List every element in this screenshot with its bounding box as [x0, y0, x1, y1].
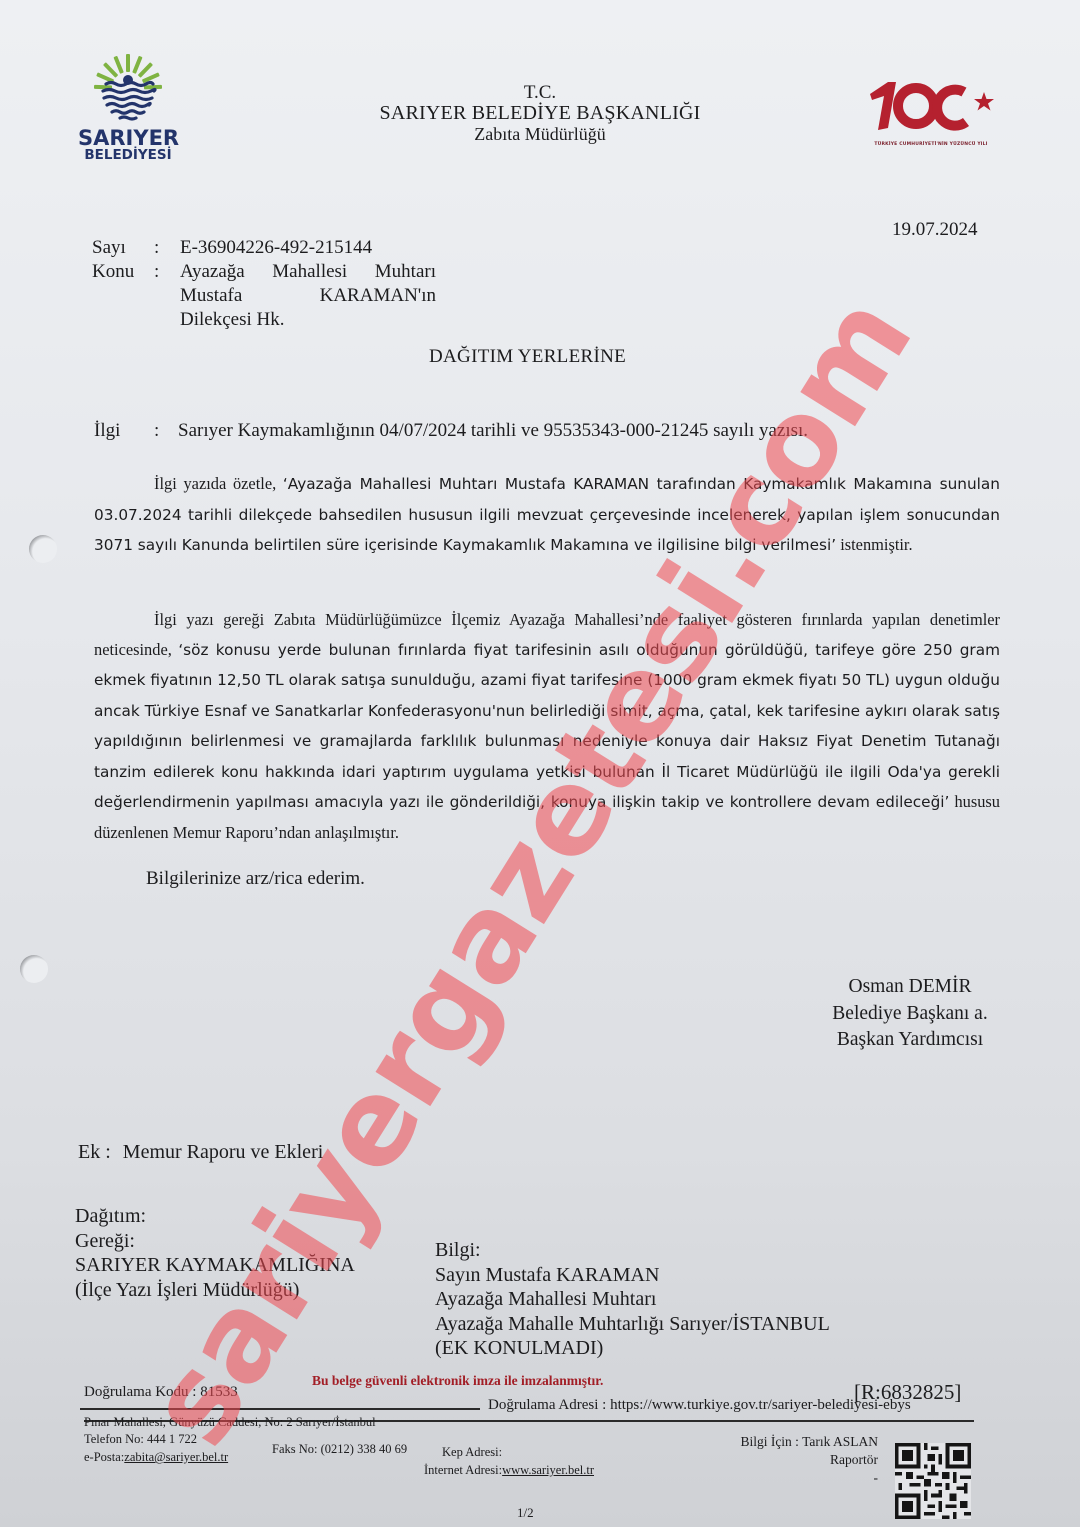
ilgi-text: Sarıyer Kaymakamlığının 04/07/2024 tarih…	[178, 420, 808, 441]
body-paragraph-1: İlgi yazıda özetle, ‘Ayazağa Mahallesi M…	[94, 469, 1000, 561]
contact-dash: -	[718, 1469, 878, 1487]
geregi-recipient-unit: (İlçe Yazı İşleri Müdürlüğü)	[75, 1278, 355, 1303]
footer-phone: Telefon No: 444 1 722	[84, 1431, 197, 1448]
signature-block: Osman DEMİR Belediye Başkanı a. Başkan Y…	[810, 974, 1010, 1054]
bilgi-recipient-title: Ayazağa Mahallesi Muhtarı	[435, 1287, 830, 1312]
qr-code-icon	[895, 1443, 971, 1519]
signatory-title-2: Başkan Yardımcısı	[810, 1027, 1010, 1054]
footer-web-link[interactable]: www.sariyer.bel.tr	[502, 1463, 594, 1477]
verification-address-link[interactable]: https://www.turkiye.gov.tr/sariyer-beled…	[610, 1397, 911, 1413]
bilgi-recipient-address: Ayazağa Mahalle Muhtarlığı Sarıyer/İSTAN…	[435, 1312, 830, 1337]
footer-email-label: e-Posta:	[84, 1450, 124, 1464]
ek-label: Ek :	[78, 1141, 111, 1163]
p1-tail: istenmiştir.	[840, 535, 912, 554]
document-meta: Sayı : E-36904226-492-215144 Konu : Ayaz…	[92, 236, 436, 332]
distribution-list: Dağıtım: Gereği: SARIYER KAYMAKAMLIĞINA …	[75, 1204, 355, 1302]
bilgi-label: Bilgi:	[435, 1238, 830, 1263]
konu-colon: :	[154, 260, 180, 332]
konu-label: Konu	[92, 260, 154, 332]
p1-lead: İlgi yazıda özetle,	[154, 474, 276, 493]
sayi-label: Sayı	[92, 236, 154, 260]
sariyer-logo: SARIYER BELEDİYESİ	[78, 52, 178, 162]
info-recipients: Bilgi: Sayın Mustafa KARAMAN Ayazağa Mah…	[435, 1238, 830, 1361]
attachments-line: Ek :Memur Raporu ve Ekleri	[78, 1141, 323, 1164]
footer-address: Pınar Mahallesi, Günyüzü Caddesi, No: 2 …	[84, 1414, 376, 1431]
closing-line: Bilgilerinize arz/rica ederim.	[146, 868, 365, 890]
footer-email: e-Posta:zabita@sariyer.bel.tr	[84, 1449, 228, 1466]
reference-line: İlgi:Sarıyer Kaymakamlığının 04/07/2024 …	[94, 420, 808, 442]
document-date: 19.07.2024	[892, 219, 978, 241]
header-department: Zabıta Müdürlüğü	[300, 124, 780, 145]
geregi-label: Gereği:	[75, 1229, 355, 1254]
footer-web-label: İnternet Adresi:	[424, 1463, 502, 1477]
geregi-recipient: SARIYER KAYMAKAMLIĞINA	[75, 1253, 355, 1278]
recipient-heading: DAĞITIM YERLERİNE	[429, 346, 626, 368]
punch-hole	[29, 535, 57, 563]
ek-value: Memur Raporu ve Ekleri	[123, 1141, 324, 1163]
logo-name: SARIYER	[78, 128, 178, 148]
esign-notice: Bu belge güvenli elektronik imza ile imz…	[312, 1373, 603, 1389]
sayi-colon: :	[154, 236, 180, 260]
verification-address: Doğrulama Adresi : https://www.turkiye.g…	[488, 1397, 911, 1414]
verification-address-label: Doğrulama Adresi :	[488, 1397, 606, 1413]
centenary-100-icon	[866, 76, 996, 136]
divider	[80, 1408, 480, 1410]
ilgi-label: İlgi	[94, 420, 154, 442]
signatory-title: Belediye Başkanı a.	[810, 1001, 1010, 1028]
body-paragraph-2: İlgi yazı gereği Zabıta Müdürlüğümüzce İ…	[94, 605, 1000, 847]
signatory-name: Osman DEMİR	[810, 974, 1010, 1001]
page-number: 1/2	[517, 1505, 534, 1521]
konu-value: Ayazağa Mahallesi Muhtarı Mustafa KARAMA…	[180, 260, 436, 332]
footer-email-link[interactable]: zabita@sariyer.bel.tr	[124, 1450, 228, 1464]
footer-website: İnternet Adresi:www.sariyer.bel.tr	[424, 1462, 594, 1479]
centenary-badge: TÜRKİYE CUMHURİYETİ'NİN YÜZÜNCÜ YILI	[866, 76, 996, 147]
verification-code: Doğrulama Kodu : 81533	[84, 1384, 238, 1401]
punch-hole	[20, 955, 48, 983]
contact-role: Raportör	[718, 1451, 878, 1469]
footer-fax: Faks No: (0212) 338 40 69	[272, 1441, 407, 1458]
bilgi-no-attachment: (EK KONULMADI)	[435, 1336, 830, 1361]
document-header: T.C. SARIYER BELEDİYE BAŞKANLIĞI Zabıta …	[300, 82, 780, 145]
distribution-heading: Dağıtım:	[75, 1204, 355, 1229]
bilgi-recipient: Sayın Mustafa KARAMAN	[435, 1263, 830, 1288]
logo-subtitle: BELEDİYESİ	[78, 148, 178, 162]
footer-kep: Kep Adresi:	[442, 1444, 502, 1461]
sayi-value: E-36904226-492-215144	[180, 236, 436, 260]
ilgi-colon: :	[154, 420, 178, 442]
sun-sea-icon	[93, 52, 163, 124]
header-tc: T.C.	[300, 82, 780, 103]
header-institution: SARIYER BELEDİYE BAŞKANLIĞI	[300, 103, 780, 124]
contact-info: Bilgi İçin : Tarık ASLAN Raportör -	[718, 1433, 878, 1487]
contact-person: Bilgi İçin : Tarık ASLAN	[718, 1433, 878, 1451]
centenary-caption: TÜRKİYE CUMHURİYETİ'NİN YÜZÜNCÜ YILI	[866, 142, 996, 147]
p2-quote: ‘söz konusu yerde bulunan fırınlarda fiy…	[94, 641, 1000, 812]
